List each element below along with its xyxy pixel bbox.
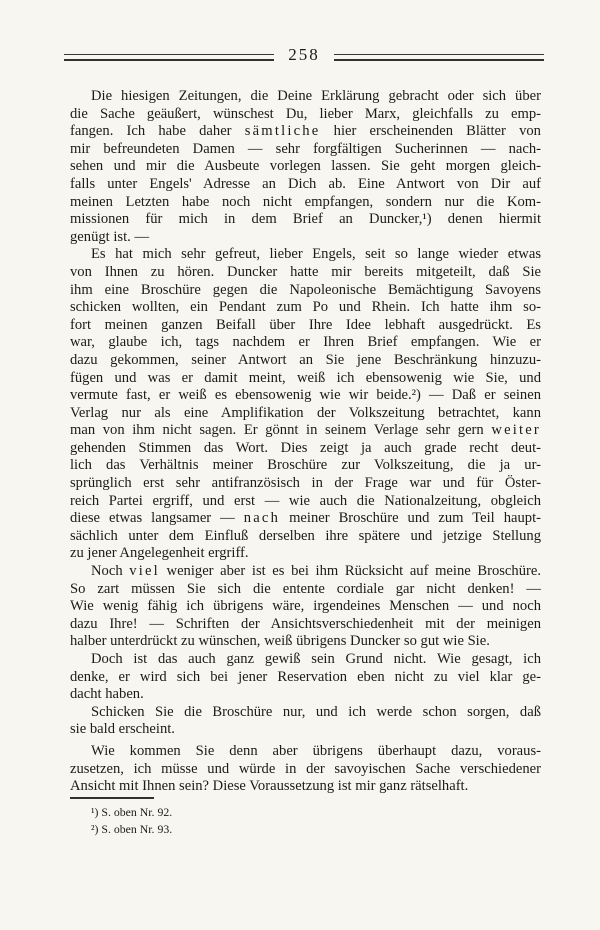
text-line: dazu gekommen, seiner Antwort an Sie jen… [70,352,541,370]
text-line: meinen Letzten habe noch nicht empfangen… [70,194,541,212]
text-line: Ansicht mit Ihnen sein? Diese Voraussetz… [70,778,541,796]
text-line: fügen und was er damit meint, weiß ich e… [70,370,541,388]
text-line: reich Partei ergriff, und erst — wie auc… [70,493,541,511]
paragraph: Noch viel weniger aber ist es bei ihm Rü… [70,563,541,651]
text-line: Doch ist das auch ganz gewiß sein Grund … [70,651,541,669]
header-rule-right [334,54,544,61]
text-line: So zart müssen Sie sich die entente cord… [70,581,541,599]
paragraph: Schicken Sie die Broschüre nur, und ich … [70,704,541,739]
text-line: lich das Verhältnis meiner Broschüre zur… [70,457,541,475]
footnote: ²) S. oben Nr. 93. [70,821,541,838]
text-line: sprünglich erst sehr antifranzösisch in … [70,475,541,493]
letter-text: Die hiesigen Zeitungen, die Deine Erklär… [70,88,541,796]
footnote: ¹) S. oben Nr. 92. [70,804,541,821]
text-line: denke, er wird sich bei jener Reservatio… [70,669,541,687]
text-line: sächlich unter dem Einfluß derselben ihr… [70,528,541,546]
text-line: sehen und mir die Ausbeute vorlegen lass… [70,158,541,176]
text-line: sie bald erscheint. [70,721,541,739]
paragraph: Die hiesigen Zeitungen, die Deine Erklär… [70,88,541,246]
text-line: Wie kommen Sie denn aber übrigens überha… [70,743,541,761]
text-line: halber unterdrückt zu wünschen, weiß übr… [70,633,541,651]
text-line: Es hat mich sehr gefreut, lieber Engels,… [70,246,541,264]
header-rule-left [64,54,274,61]
text-line: Die hiesigen Zeitungen, die Deine Erklär… [70,88,541,106]
text-line: schicken wollten, ein Pendant zum Po und… [70,299,541,317]
text-line: die Sache geäußert, wünschest Du, lieber… [70,106,541,124]
text-line: war, glaube ich, tags nachdem er Ihren B… [70,334,541,352]
text-line: man von ihm nicht sagen. Er gönnt in sei… [70,422,541,440]
footnote-list: ¹) S. oben Nr. 92.²) S. oben Nr. 93. [70,804,541,838]
page-header: 258 [64,49,544,66]
page-number: 258 [274,46,334,63]
text-line: Schicken Sie die Broschüre nur, und ich … [70,704,541,722]
paragraph: Wie kommen Sie denn aber übrigens überha… [70,743,541,796]
text-line: Verlag nur als eine Amplifikation der Vo… [70,405,541,423]
text-line: Noch viel weniger aber ist es bei ihm Rü… [70,563,541,581]
text-line: ihm eine Broschüre gegen die Napoleonisc… [70,282,541,300]
text-line: falls unter Engels' Adresse an Dich ab. … [70,176,541,194]
text-line: vermute fast, er weiß es ebensowenig wie… [70,387,541,405]
text-line: missionen für mich in dem Brief an Dunck… [70,211,541,229]
text-line: zusetzen, ich müsse und würde in der sav… [70,761,541,779]
text-line: fangen. Ich habe daher sämtliche hier er… [70,123,541,141]
paragraph: Doch ist das auch ganz gewiß sein Grund … [70,651,541,704]
text-line: dacht haben. [70,686,541,704]
text-line: fort meinen ganzen Beifall über Ihre Ide… [70,317,541,335]
text-line: diese etwas langsamer — nach meiner Bros… [70,510,541,528]
text-line: mir befreundeten Damen — sehr forgfältig… [70,141,541,159]
text-line: zu jener Angelegenheit ergriff. [70,545,541,563]
text-line: gehenden Stimmen das Wort. Dies zeigt ja… [70,440,541,458]
footnote-rule [70,797,154,799]
text-line: von Ihnen zu hören. Duncker hatte mir be… [70,264,541,282]
book-page: 258 Die hiesigen Zeitungen, die Deine Er… [0,0,600,930]
text-line: genügt ist. — [70,229,541,247]
text-line: dazu Ihre! — Schriften der Ansichtsversc… [70,616,541,634]
footnotes: ¹) S. oben Nr. 92.²) S. oben Nr. 93. [70,797,541,838]
text-line: Wie wenig fähig ich übrigens wäre, irgen… [70,598,541,616]
paragraph: Es hat mich sehr gefreut, lieber Engels,… [70,246,541,563]
